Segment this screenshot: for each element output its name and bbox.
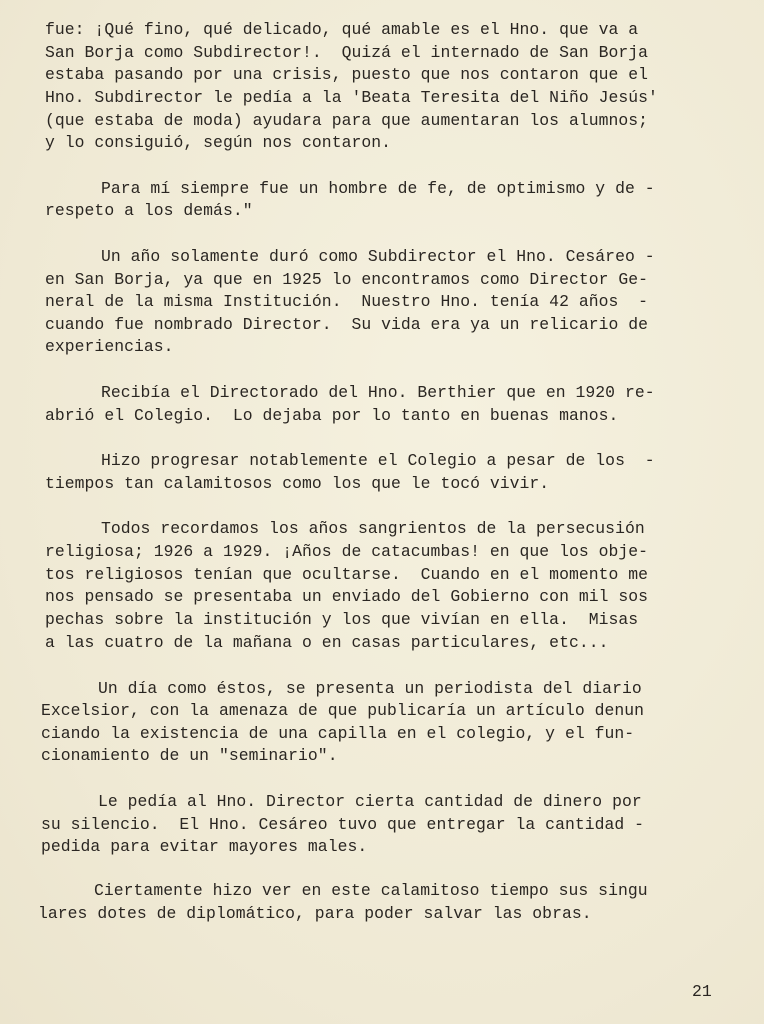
text-line: Le pedía al Hno. Director cierta cantida… xyxy=(98,792,642,812)
text-line: estaba pasando por una crisis, puesto qu… xyxy=(45,65,648,85)
text-line: en San Borja, ya que en 1925 lo encontra… xyxy=(45,270,648,290)
text-line: abrió el Colegio. Lo dejaba por lo tanto… xyxy=(45,406,618,426)
text-line: Ciertamente hizo ver en este calamitoso … xyxy=(94,881,648,901)
text-line: pedida para evitar mayores males. xyxy=(41,837,367,857)
text-line: a las cuatro de la mañana o en casas par… xyxy=(45,633,609,653)
text-line: pechas sobre la institución y los que vi… xyxy=(45,610,638,630)
text-line: religiosa; 1926 a 1929. ¡Años de catacum… xyxy=(45,542,648,562)
text-line: tiempos tan calamitosos como los que le … xyxy=(45,474,549,494)
text-line: tos religiosos tenían que ocultarse. Cua… xyxy=(45,565,648,585)
scanned-page: fue: ¡Qué fino, qué delicado, qué amable… xyxy=(0,0,764,1024)
text-line: Hizo progresar notablemente el Colegio a… xyxy=(101,451,655,471)
text-line: respeto a los demás." xyxy=(45,201,253,221)
text-line: fue: ¡Qué fino, qué delicado, qué amable… xyxy=(45,20,638,40)
page-number: 21 xyxy=(692,982,712,1002)
text-line: ciando la existencia de una capilla en e… xyxy=(41,724,634,744)
text-line: Todos recordamos los años sangrientos de… xyxy=(101,519,645,539)
text-line: su silencio. El Hno. Cesáreo tuvo que en… xyxy=(41,815,644,835)
text-line: neral de la misma Institución. Nuestro H… xyxy=(45,292,648,312)
text-line: lares dotes de diplomático, para poder s… xyxy=(38,904,592,924)
text-line: experiencias. xyxy=(45,337,174,357)
text-line: San Borja como Subdirector!. Quizá el in… xyxy=(45,43,648,63)
text-line: Un año solamente duró como Subdirector e… xyxy=(101,247,655,267)
text-line: y lo consiguió, según nos contaron. xyxy=(45,133,391,153)
text-line: Para mí siempre fue un hombre de fe, de … xyxy=(101,179,655,199)
text-line: cuando fue nombrado Director. Su vida er… xyxy=(45,315,648,335)
text-line: Excelsior, con la amenaza de que publica… xyxy=(41,701,644,721)
text-line: Un día como éstos, se presenta un period… xyxy=(98,679,642,699)
text-line: cionamiento de un "seminario". xyxy=(41,746,338,766)
text-line: Hno. Subdirector le pedía a la 'Beata Te… xyxy=(45,88,658,108)
text-line: Recibía el Directorado del Hno. Berthier… xyxy=(101,383,655,403)
text-line: (que estaba de moda) ayudara para que au… xyxy=(45,111,648,131)
text-line: nos pensado se presentaba un enviado del… xyxy=(45,587,648,607)
